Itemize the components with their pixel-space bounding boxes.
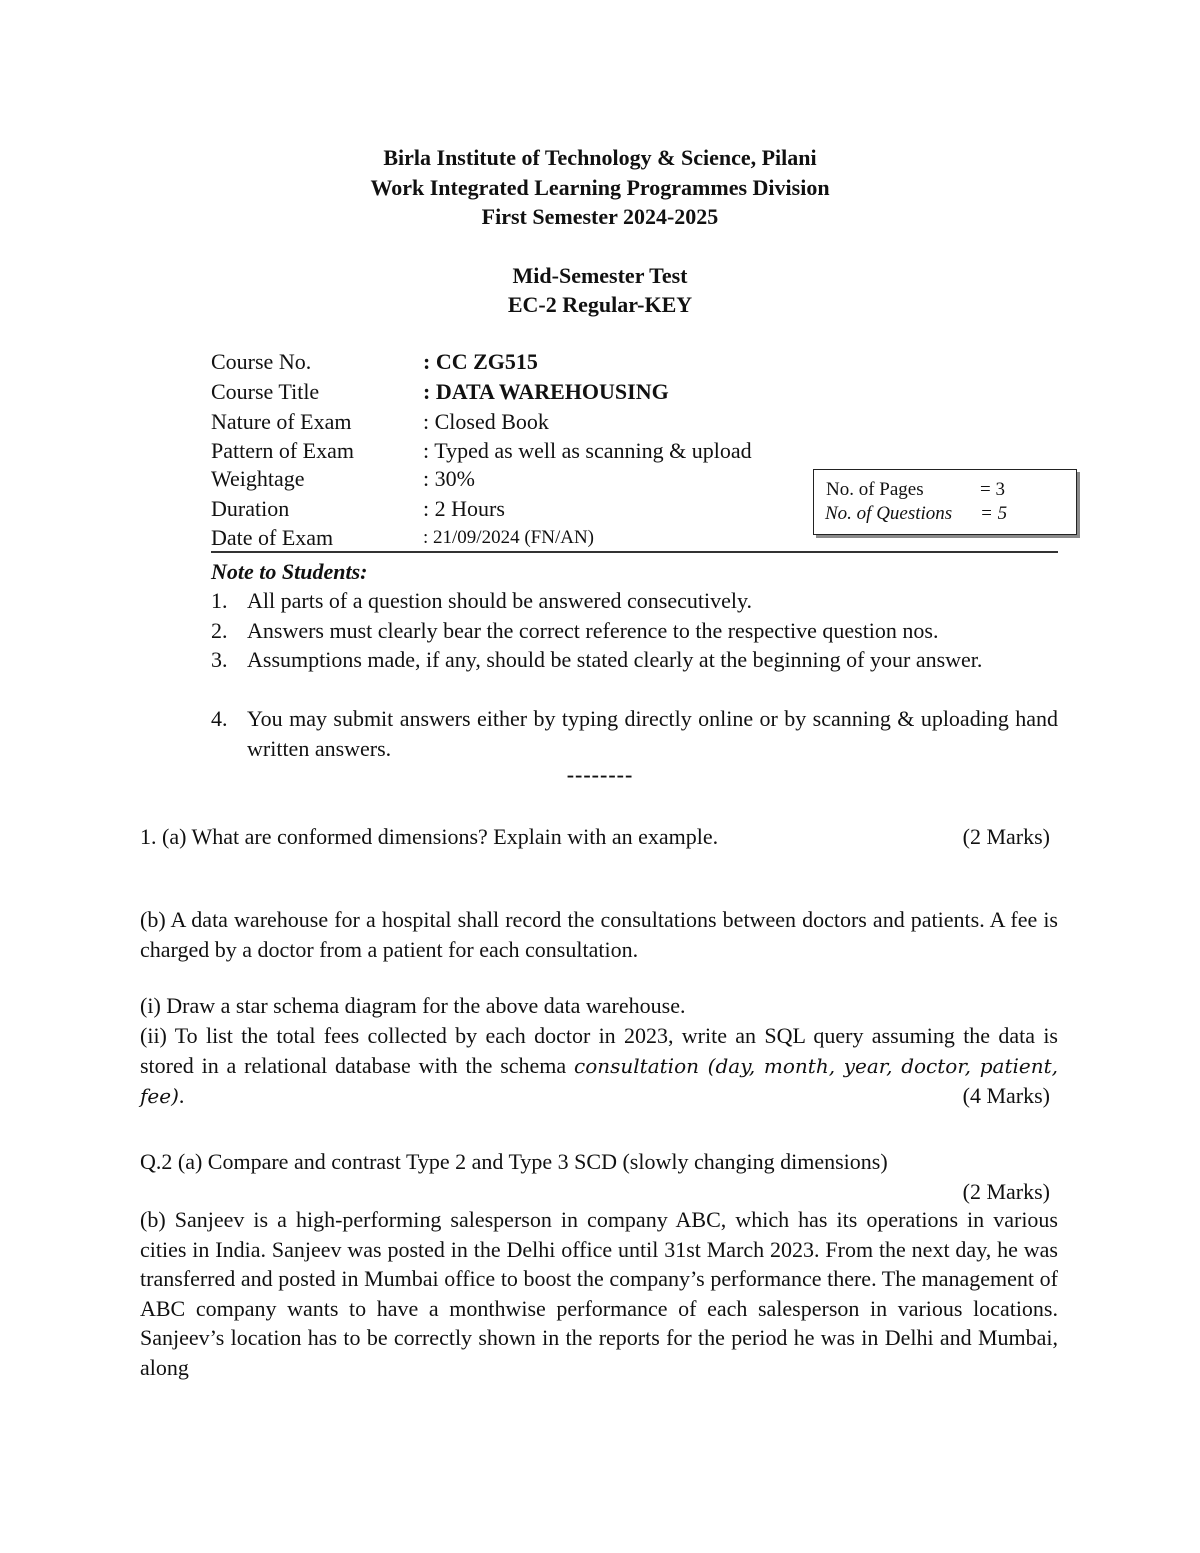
questions-label: No. of Questions bbox=[825, 503, 952, 525]
detail-value: : Typed as well as scanning & upload bbox=[423, 438, 752, 464]
detail-value: : 2 Hours bbox=[423, 496, 505, 522]
note-item: 4. You may submit answers either by typi… bbox=[211, 704, 1058, 763]
questions-value: = 5 bbox=[980, 503, 1007, 525]
detail-label: Nature of Exam bbox=[211, 409, 352, 435]
note-text: Assumptions made, if any, should be stat… bbox=[247, 645, 1058, 675]
marks-label: (4 Marks) bbox=[963, 1081, 1050, 1111]
marks-label: (2 Marks) bbox=[963, 822, 1050, 852]
detail-value: : DATA WAREHOUSING bbox=[423, 379, 669, 405]
note-text: All parts of a question should be answer… bbox=[247, 586, 1058, 616]
detail-label: Course No. bbox=[211, 349, 311, 375]
detail-label: Course Title bbox=[211, 379, 319, 405]
exam-paper-page: Birla Institute of Technology & Science,… bbox=[0, 0, 1200, 1553]
pages-value: = 3 bbox=[980, 479, 1005, 501]
detail-value: : CC ZG515 bbox=[423, 349, 538, 375]
detail-label: Date of Exam bbox=[211, 525, 333, 551]
detail-label: Pattern of Exam bbox=[211, 438, 354, 464]
note-item: 1. All parts of a question should be ans… bbox=[211, 586, 1058, 616]
pages-label: No. of Pages bbox=[826, 479, 924, 501]
note-item: 3. Assumptions made, if any, should be s… bbox=[211, 645, 1058, 675]
test-name: Mid-Semester Test bbox=[0, 263, 1200, 289]
detail-label: Duration bbox=[211, 496, 289, 522]
detail-value: : 30% bbox=[423, 466, 475, 492]
marks-label: (2 Marks) bbox=[140, 1177, 1058, 1207]
note-number: 2. bbox=[211, 616, 228, 646]
notes-title: Note to Students: bbox=[211, 559, 367, 585]
test-variant: EC-2 Regular-KEY bbox=[0, 292, 1200, 318]
divider bbox=[211, 551, 1058, 553]
question-1b: (b) A data warehouse for a hospital shal… bbox=[140, 905, 1058, 964]
question-suffix: . bbox=[179, 1083, 185, 1108]
question-1b-i: (i) Draw a star schema diagram for the a… bbox=[140, 991, 1058, 1021]
institute-name: Birla Institute of Technology & Science,… bbox=[0, 145, 1200, 171]
note-number: 3. bbox=[211, 645, 228, 675]
question-text: 1. (a) What are conformed dimensions? Ex… bbox=[140, 824, 718, 849]
question-1a: (2 Marks) 1. (a) What are conformed dime… bbox=[140, 822, 1058, 852]
question-1b-ii: (ii) To list the total fees collected by… bbox=[140, 1021, 1058, 1112]
section-separator: -------- bbox=[0, 762, 1200, 788]
question-text: Q.2 (a) Compare and contrast Type 2 and … bbox=[140, 1147, 1058, 1177]
detail-label: Weightage bbox=[211, 466, 305, 492]
division-name: Work Integrated Learning Programmes Divi… bbox=[0, 175, 1200, 201]
question-2a: Q.2 (a) Compare and contrast Type 2 and … bbox=[140, 1147, 1058, 1206]
detail-value: : 21/09/2024 (FN/AN) bbox=[423, 527, 594, 549]
note-number: 4. bbox=[211, 704, 228, 734]
detail-value: : Closed Book bbox=[423, 409, 549, 435]
question-2b: (b) Sanjeev is a high-performing salespe… bbox=[140, 1205, 1058, 1382]
note-text: You may submit answers either by typing … bbox=[247, 704, 1058, 763]
note-text: Answers must clearly bear the correct re… bbox=[247, 616, 1058, 646]
semester: First Semester 2024-2025 bbox=[0, 204, 1200, 230]
note-number: 1. bbox=[211, 586, 228, 616]
note-item: 2. Answers must clearly bear the correct… bbox=[211, 616, 1058, 646]
pages-questions-box: No. of Pages = 3 No. of Questions = 5 bbox=[813, 469, 1077, 535]
